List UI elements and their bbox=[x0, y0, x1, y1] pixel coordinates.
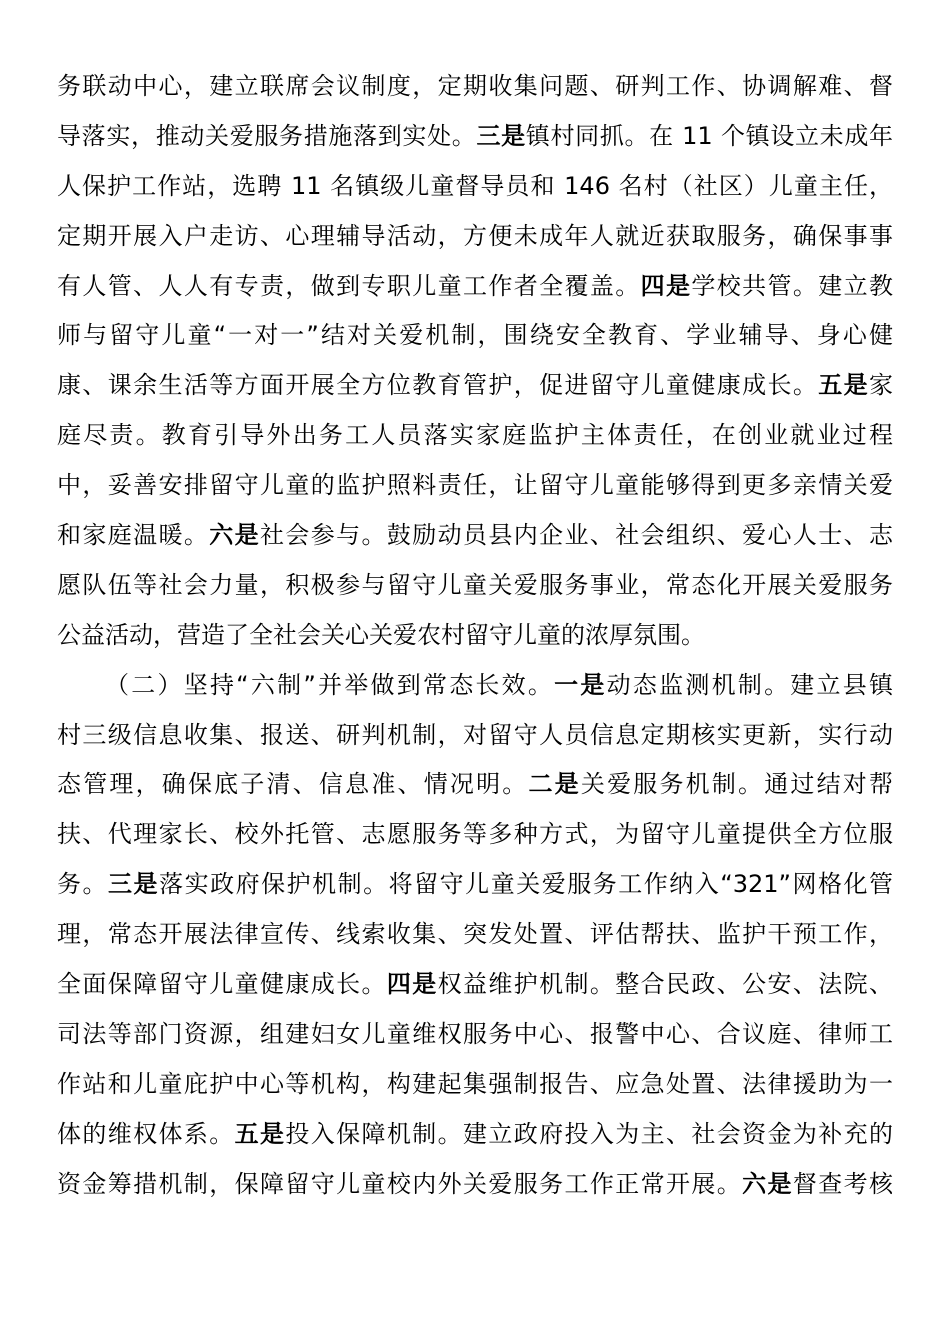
text-segment: 社会参与。鼓励动员县内企业、社会组织、爱心人士、志 bbox=[260, 521, 893, 549]
text-segment: 落实政府保护机制。将留守儿童关爱服务工作纳入“321”网格化管 bbox=[159, 870, 893, 898]
text-line: 作站和儿童庇护中心等机构，构建起集强制报告、应急处置、法律援助为一 bbox=[57, 1060, 893, 1110]
text-segment: 定期开展入户走访、心理辅导活动，方便未成年人就近获取服务，确保事事 bbox=[57, 222, 893, 250]
text-segment: 务。 bbox=[57, 870, 108, 898]
bold-text-segment: 三是 bbox=[476, 122, 525, 150]
text-line: 务。三是落实政府保护机制。将留守儿童关爱服务工作纳入“321”网格化管 bbox=[57, 860, 893, 910]
text-line: 人保护工作站，选聘 11 名镇级儿童督导员和 146 名村（社区）儿童主任， bbox=[57, 162, 893, 212]
text-segment: 权益维护机制。整合民政、公安、法院、 bbox=[438, 970, 893, 998]
text-line: 定期开展入户走访、心理辅导活动，方便未成年人就近获取服务，确保事事 bbox=[57, 212, 893, 262]
text-line: 庭尽责。教育引导外出务工人员落实家庭监护主体责任，在创业就业过程 bbox=[57, 411, 893, 461]
bold-text-segment: 二是 bbox=[528, 770, 580, 798]
text-segment: 导落实，推动关爱服务措施落到实处。 bbox=[57, 122, 476, 150]
text-line: 态管理，确保底子清、信息准、情况明。二是关爱服务机制。通过结对帮 bbox=[57, 760, 893, 810]
bold-text-segment: 五是 bbox=[235, 1120, 286, 1148]
text-segment: 态管理，确保底子清、信息准、情况明。 bbox=[57, 770, 528, 798]
text-line: 导落实，推动关爱服务措施落到实处。三是镇村同抓。在 11 个镇设立未成年 bbox=[57, 112, 893, 162]
text-line: 体的维权体系。五是投入保障机制。建立政府投入为主、社会资金为补充的 bbox=[57, 1110, 893, 1160]
text-segment: （二）坚持“六制”并举做到常态长效。 bbox=[105, 671, 554, 699]
text-segment: 资金筹措机制，保障留守儿童校内外关爱服务工作正常开展。 bbox=[57, 1170, 742, 1198]
page-background: { "page": { "background_color": "#ffffff… bbox=[0, 0, 950, 1344]
text-segment: 康、课余生活等方面开展全方位教育管护，促进留守儿童健康成长。 bbox=[57, 371, 818, 399]
text-segment: 体的维权体系。 bbox=[57, 1120, 235, 1148]
text-line: 康、课余生活等方面开展全方位教育管护，促进留守儿童健康成长。五是家 bbox=[57, 361, 893, 411]
document-body: 务联动中心，建立联席会议制度，定期收集问题、研判工作、协调解难、督导落实，推动关… bbox=[57, 62, 893, 1209]
text-line: 村三级信息收集、报送、研判机制，对留守人员信息定期核实更新，实行动 bbox=[57, 711, 893, 761]
text-line: 全面保障留守儿童健康成长。四是权益维护机制。整合民政、公安、法院、 bbox=[57, 960, 893, 1010]
text-line: （二）坚持“六制”并举做到常态长效。一是动态监测机制。建立县镇 bbox=[57, 661, 893, 711]
text-segment: 关爱服务机制。通过结对帮 bbox=[581, 770, 893, 798]
text-segment: 务联动中心，建立联席会议制度，定期收集问题、研判工作、协调解难、督 bbox=[57, 72, 893, 100]
text-segment: 人保护工作站，选聘 11 名镇级儿童督导员和 146 名村（社区）儿童主任， bbox=[57, 172, 893, 200]
text-segment: 师与留守儿童“一对一”结对关爱机制，围绕安全教育、学业辅导、身心健 bbox=[57, 321, 893, 349]
text-segment: 和家庭温暖。 bbox=[57, 521, 209, 549]
text-segment: 有人管、人人有专责，做到专职儿童工作者全覆盖。 bbox=[57, 272, 641, 300]
text-line: 师与留守儿童“一对一”结对关爱机制，围绕安全教育、学业辅导、身心健 bbox=[57, 311, 893, 361]
text-segment: 家 bbox=[869, 371, 893, 399]
text-segment: 学校共管。建立教 bbox=[691, 272, 893, 300]
text-segment: 司法等部门资源，组建妇女儿童维权服务中心、报警中心、合议庭、律师工 bbox=[57, 1020, 893, 1048]
paragraph: （二）坚持“六制”并举做到常态长效。一是动态监测机制。建立县镇村三级信息收集、报… bbox=[57, 661, 893, 1210]
text-segment: 村三级信息收集、报送、研判机制，对留守人员信息定期核实更新，实行动 bbox=[57, 721, 893, 749]
text-segment: 庭尽责。教育引导外出务工人员落实家庭监护主体责任，在创业就业过程 bbox=[57, 421, 893, 449]
text-line: 有人管、人人有专责，做到专职儿童工作者全覆盖。四是学校共管。建立教 bbox=[57, 262, 893, 312]
text-segment: 公益活动，营造了全社会关心关爱农村留守儿童的浓厚氛围。 bbox=[57, 621, 705, 649]
text-segment: 中，妥善安排留守儿童的监护照料责任，让留守儿童能够得到更多亲情关爱 bbox=[57, 471, 893, 499]
text-line: 和家庭温暖。六是社会参与。鼓励动员县内企业、社会组织、爱心人士、志 bbox=[57, 511, 893, 561]
bold-text-segment: 四是 bbox=[387, 970, 438, 998]
text-segment: 镇村同抓。在 11 个镇设立未成年 bbox=[526, 122, 893, 150]
bold-text-segment: 五是 bbox=[818, 371, 869, 399]
text-line: 扶、代理家长、校外托管、志愿服务等多种方式，为留守儿童提供全方位服 bbox=[57, 810, 893, 860]
bold-text-segment: 四是 bbox=[641, 272, 692, 300]
text-segment: 理，常态开展法律宣传、线索收集、突发处置、评估帮扶、监护干预工作， bbox=[57, 920, 893, 948]
bold-text-segment: 六是 bbox=[209, 521, 260, 549]
text-segment: 扶、代理家长、校外托管、志愿服务等多种方式，为留守儿童提供全方位服 bbox=[57, 820, 893, 848]
text-line: 司法等部门资源，组建妇女儿童维权服务中心、报警中心、合议庭、律师工 bbox=[57, 1010, 893, 1060]
text-segment: 愿队伍等社会力量，积极参与留守儿童关爱服务事业，常态化开展关爱服务 bbox=[57, 571, 893, 599]
text-line: 务联动中心，建立联席会议制度，定期收集问题、研判工作、协调解难、督 bbox=[57, 62, 893, 112]
text-segment: 动态监测机制。建立县镇 bbox=[607, 671, 893, 699]
text-segment: 作站和儿童庇护中心等机构，构建起集强制报告、应急处置、法律援助为一 bbox=[57, 1070, 893, 1098]
bold-text-segment: 三是 bbox=[108, 870, 159, 898]
document-page: 务联动中心，建立联席会议制度，定期收集问题、研判工作、协调解难、督导落实，推动关… bbox=[0, 0, 950, 1344]
text-line: 公益活动，营造了全社会关心关爱农村留守儿童的浓厚氛围。 bbox=[57, 611, 893, 661]
text-line: 中，妥善安排留守儿童的监护照料责任，让留守儿童能够得到更多亲情关爱 bbox=[57, 461, 893, 511]
text-line: 资金筹措机制，保障留守儿童校内外关爱服务工作正常开展。六是督查考核 bbox=[57, 1160, 893, 1210]
text-segment: 督查考核 bbox=[793, 1170, 893, 1198]
text-line: 愿队伍等社会力量，积极参与留守儿童关爱服务事业，常态化开展关爱服务 bbox=[57, 561, 893, 611]
text-segment: 全面保障留守儿童健康成长。 bbox=[57, 970, 387, 998]
paragraph: 务联动中心，建立联席会议制度，定期收集问题、研判工作、协调解难、督导落实，推动关… bbox=[57, 62, 893, 661]
text-line: 理，常态开展法律宣传、线索收集、突发处置、评估帮扶、监护干预工作， bbox=[57, 910, 893, 960]
bold-text-segment: 一是 bbox=[554, 671, 606, 699]
bold-text-segment: 六是 bbox=[742, 1170, 793, 1198]
text-segment: 投入保障机制。建立政府投入为主、社会资金为补充的 bbox=[285, 1120, 893, 1148]
